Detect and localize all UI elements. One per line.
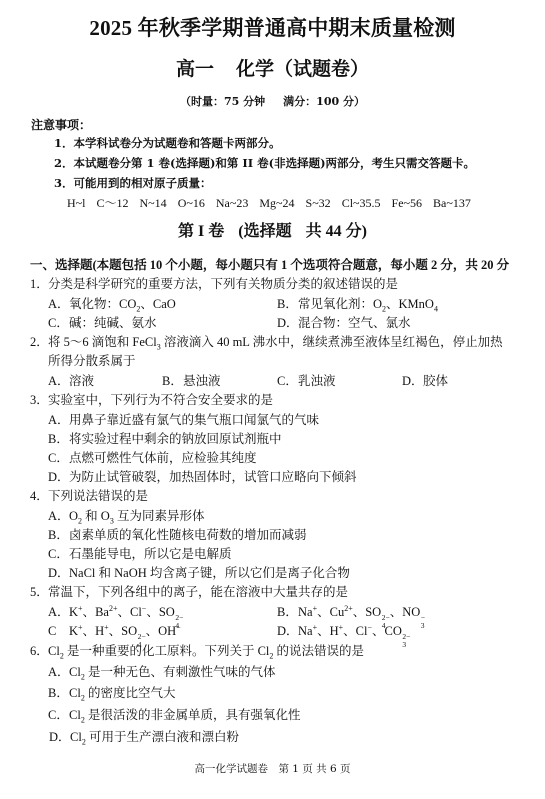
mass-c: C～12 [97,196,129,210]
option-text: 常见氧化剂：O [298,297,382,311]
q1-option-b: B．常见氧化剂：O2、KMnO4 [277,294,438,312]
ion-sub-sup: −3 [421,614,425,630]
separator: 、 [109,624,122,638]
option-label: B． [48,525,69,543]
q2-option-c: C．乳浊液 [277,371,336,389]
full-score: 满分：100 分） [283,95,365,108]
mass-na: Na~23 [216,196,248,210]
q4-option-b: B．卤素单质的氧化性随核电荷数的增加而减弱 [48,525,307,543]
separator: 、 [83,605,96,619]
separator: 、 [83,624,96,638]
page-footer: 高一化学试题卷 第 1 页 共 6 页 [0,761,545,776]
question-stem: 溶液滴入 40 mL 沸水中，继续煮沸至液体呈红褐色，停止加热 [161,335,503,349]
ion-symbol: Na [298,605,313,619]
question-stem: 实验室中，下列行为不符合安全要求的是 [48,393,273,407]
q3-option-b: B．将实验过程中剩余的钠放回原试剂瓶中 [48,429,282,447]
subject-label: 化学（试题卷） [236,58,369,80]
question-5: 5．常温下，下列各组中的离子，能在溶液中大量共存的是 [30,582,348,600]
question-number: 5． [30,582,48,600]
mass-fe: Fe~56 [392,196,423,210]
ion-symbol: SO [121,624,137,638]
option-label: A． [48,294,69,312]
question-stem: Cl [48,644,60,658]
part-heading: 一、选择题(本题包括 10 个小题，每小题只有 1 个选项符合题意，每小题 2 … [30,255,509,273]
subscript: 3 [421,622,425,630]
ion-charge: 2+ [344,604,353,613]
option-label: D． [49,727,70,745]
subscript: 3 [402,641,410,649]
section-title-type: (选择题 [238,223,291,240]
separator: 、 [343,624,356,638]
ion-sub-sup: 2−3 [402,633,410,649]
q3-option-c: C．点燃可燃性气体前，应检验其纯度 [48,448,257,466]
separator: 、 [390,605,403,619]
option-label: D． [277,313,298,331]
mass-n: N~14 [140,196,167,210]
mass-ba: Ba~137 [433,196,471,210]
question-3: 3．实验室中，下列行为不符合安全要求的是 [30,390,273,408]
q6-option-d: D．Cl2 可用于生产漂白液和漂白粉 [49,727,239,745]
option-label: C． [277,371,298,389]
option-label: A． [48,371,69,389]
q2-option-a: A．溶液 [48,371,94,389]
question-2: 2．将 5～6 滴饱和 FeCl3 溶液滴入 40 mL 沸水中，继续煮沸至液体… [30,332,503,350]
exam-title: 2025 年秋季学期普通高中期末质量检测 [0,12,545,42]
mass-mg: Mg~24 [259,196,294,210]
option-text: 胶体 [423,374,448,388]
notice-item-1: 1．本学科试卷分为试题卷和答题卡两部分。 [54,135,281,151]
option-text: O [69,509,78,523]
option-label: B． [162,371,183,389]
ion-symbol: CO [385,624,402,638]
option-text: 、CaO [140,297,175,311]
grade-label: 高一 [176,58,214,80]
option-text: NaCl 和 NaOH 均含离子键，所以它们是离子化合物 [69,566,350,580]
section-title-score: 共 44 分) [306,223,367,240]
mass-s: S~32 [306,196,331,210]
question-stem: 的说法错误的是 [273,644,364,658]
ion-symbol: K [69,605,78,619]
question-1: 1．分类是科学研究的重要方法，下列有关物质分类的叙述错误的是 [30,274,398,292]
question-number: 4． [30,486,48,504]
ion-symbol: Ba [95,605,109,619]
notice-item-2: 2．本试题卷分第 1 卷(选择题)和第 II 卷(非选择题)两部分，考生只需交答… [54,155,475,171]
separator: 、 [146,624,159,638]
option-text: Cl [70,730,82,744]
option-text: 的密度比空气大 [85,686,176,700]
ion-symbol: H [330,624,339,638]
ion-symbol: OH [158,624,176,638]
option-text: 氧化物：CO [69,297,136,311]
option-text: 用鼻子靠近盛有氯气的集气瓶口闻氯气的气味 [69,413,319,427]
time-limit: （时量：75 分钟 [180,95,265,108]
option-text: 是一种无色、有刺激性气味的气体 [85,665,276,679]
option-text: 互为同素异形体 [114,509,205,523]
option-label: A． [48,602,69,620]
question-stem: 常温下，下列各组中的离子，能在溶液中大量共存的是 [48,585,348,599]
option-label: C． [48,313,69,331]
exam-subtitle: 高一化学（试题卷） [0,54,545,81]
question-number: 6． [30,641,48,659]
option-text: 和 O [82,509,110,523]
separator: 、 [317,605,330,619]
question-number: 3． [30,390,48,408]
option-label: C． [48,544,69,562]
option-text: 碱：纯碱、氨水 [69,316,157,330]
option-text: 为防止试管破裂，加热固体时，试管口应略向下倾斜 [69,470,357,484]
option-text: 悬浊液 [183,374,221,388]
ion-symbol: H [95,624,104,638]
question-stem: 下列说法错误的是 [48,489,148,503]
option-label: C． [48,448,69,466]
ion-symbol: Cu [330,605,345,619]
section-title: 第 I 卷(选择题共 44 分) [0,218,545,241]
option-label: D． [402,371,423,389]
option-label: B． [277,602,298,620]
option-label: B． [48,429,69,447]
option-label: A． [48,410,69,428]
notice-heading: 注意事项： [31,116,91,133]
q6-option-c: C．Cl2 是很活泼的非金属单质，具有强氧化性 [48,705,300,723]
notice-item-3: 3．可能用到的相对原子质量： [54,175,212,191]
option-text: Cl [69,708,81,722]
separator: 、 [146,605,159,619]
question-stem: 是一种重要的化工原料。下列关于 Cl [64,644,270,658]
option-text: Cl [69,686,81,700]
option-text: 卤素单质的氧化性随核电荷数的增加而减弱 [69,528,307,542]
q6-option-a: A．Cl2 是一种无色、有刺激性气味的气体 [48,662,275,680]
ion-symbol: Cl [130,605,142,619]
option-text: 、KMnO [386,297,434,311]
q6-option-b: B．Cl2 的密度比空气大 [48,683,175,701]
question-number: 2． [30,332,48,350]
ion-symbol: K [69,624,78,638]
ion-symbol: Cl [356,624,368,638]
question-number: 1． [30,274,48,292]
option-label: A． [48,662,69,680]
ion-symbol: SO [159,605,175,619]
option-text: 是很活泼的非金属单质，具有强氧化性 [85,708,301,722]
question-2-continuation: 所得分散系属于 [48,351,136,369]
q3-option-a: A．用鼻子靠近盛有氯气的集气瓶口闻氯气的气味 [48,410,319,428]
section-title-volume: 第 I 卷 [178,223,224,240]
mass-cl: Cl~35.5 [342,196,381,210]
option-text: 石墨能导电，所以它是电解质 [69,547,232,561]
ion-symbol: Na [298,624,313,638]
ion-charge: − [176,623,181,632]
option-text: 混合物：空气、氯水 [298,316,411,330]
option-label: D． [277,621,298,639]
option-label: D． [48,467,69,485]
option-label: C． [48,705,69,723]
exam-timing: （时量：75 分钟满分：100 分） [0,93,545,109]
option-label: B． [277,294,298,312]
option-text: Cl [69,665,81,679]
q4-option-d: D．NaCl 和 NaOH 均含离子键，所以它们是离子化合物 [48,563,350,581]
q4-option-a: A．O2 和 O3 互为同素异形体 [48,506,204,524]
question-4: 4．下列说法错误的是 [30,486,148,504]
option-text: 点燃可燃性气体前，应检验其纯度 [69,451,257,465]
option-text: 可用于生产漂白液和漂白粉 [86,730,239,744]
q1-option-c: C．碱：纯碱、氨水 [48,313,157,331]
option-text: 将实验过程中剩余的钠放回原试剂瓶中 [69,432,282,446]
option-label: D． [48,563,69,581]
q2-option-d: D．胶体 [402,371,448,389]
question-6: 6．Cl2 是一种重要的化工原料。下列关于 Cl2 的说法错误的是 [30,641,364,659]
ion-symbol: NO [402,605,420,619]
option-label: B． [48,683,69,701]
option-text: 乳浊液 [298,374,336,388]
mass-h: H~l [67,196,86,210]
question-stem: 将 5～6 滴饱和 FeCl [48,335,157,349]
option-text: 溶液 [69,374,94,388]
separator: 、 [117,605,130,619]
q4-option-c: C．石墨能导电，所以它是电解质 [48,544,232,562]
option-label: C [48,624,69,639]
separator: 、 [353,605,366,619]
q2-option-b: B．悬浊液 [162,371,221,389]
ion-symbol: SO [365,605,381,619]
separator: 、 [317,624,330,638]
atomic-masses: H~lC～12N~14O~16Na~23Mg~24S~32Cl~35.5Fe~5… [67,194,482,211]
subscript: 4 [434,305,438,314]
q1-option-d: D．混合物：空气、氯水 [277,313,411,331]
option-label: A． [48,506,69,524]
q1-option-a: A．氧化物：CO2、CaO [48,294,176,312]
question-stem: 分类是科学研究的重要方法，下列有关物质分类的叙述错误的是 [48,277,398,291]
q3-option-d: D．为防止试管破裂，加热固体时，试管口应略向下倾斜 [48,467,357,485]
separator: 、 [372,624,385,638]
mass-o: O~16 [178,196,205,210]
